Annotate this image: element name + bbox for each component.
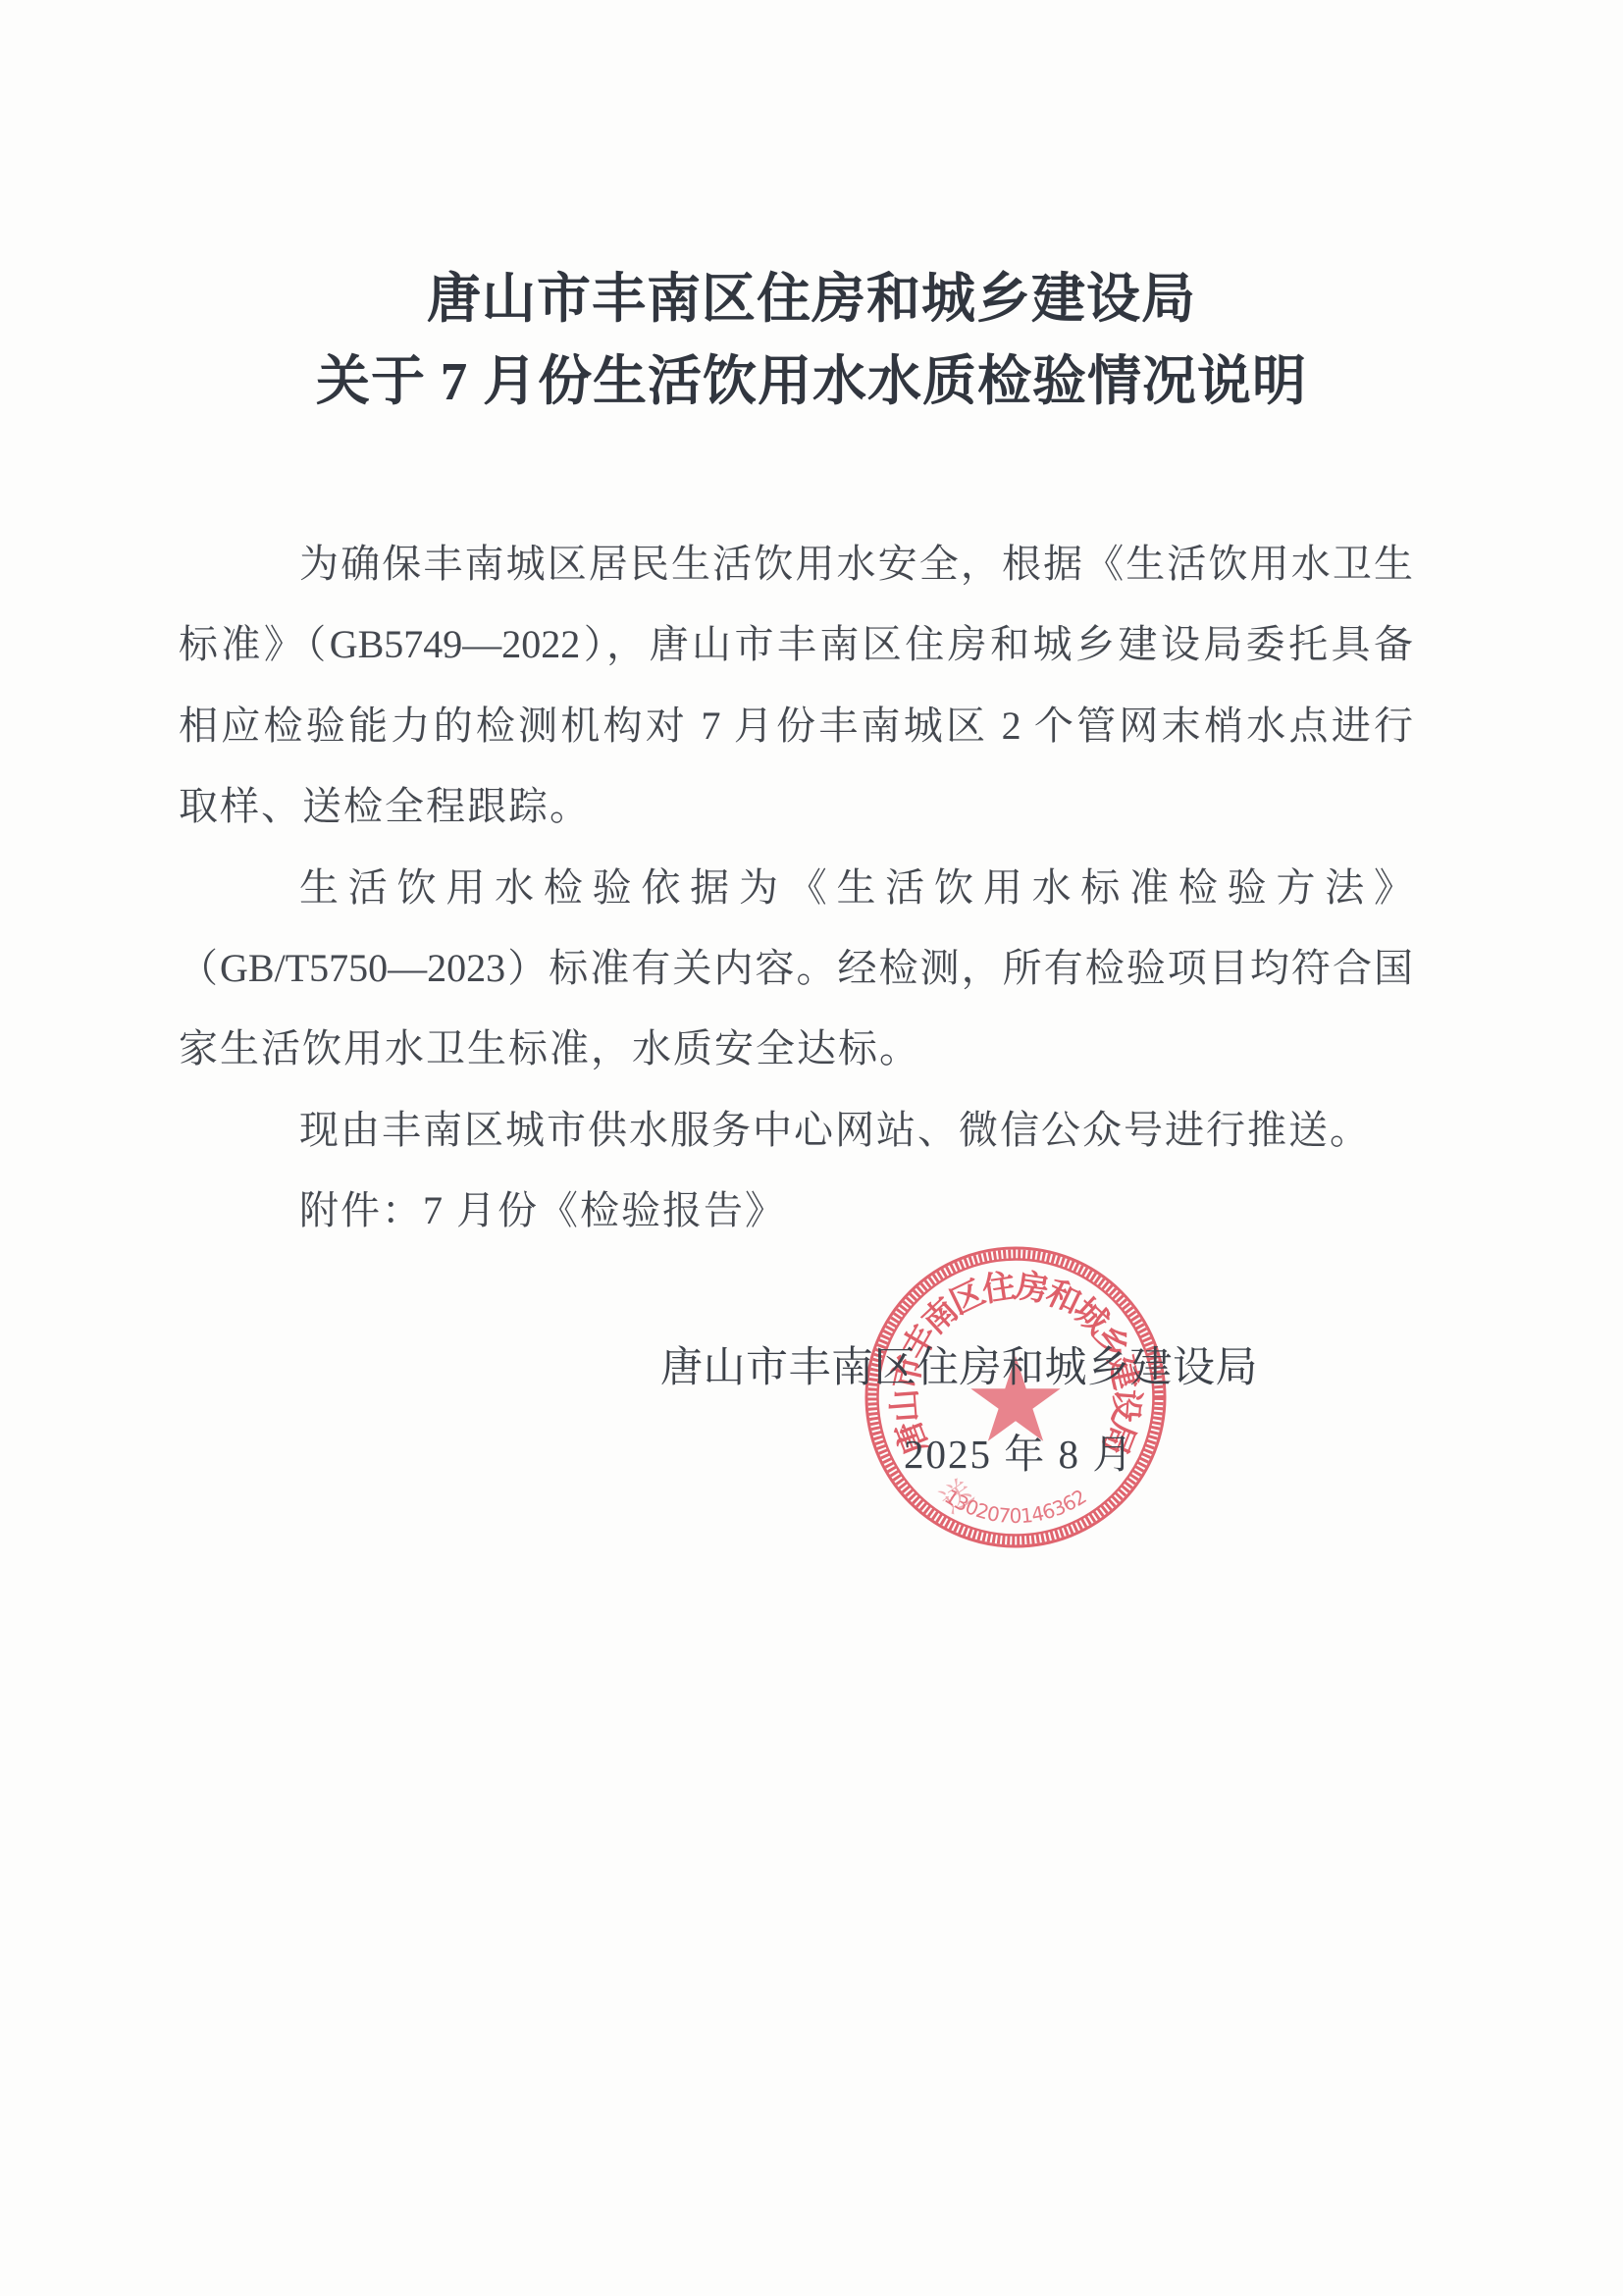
body-line: 生活饮用水检验依据为《生活饮用水标准检验方法》	[179, 848, 1413, 928]
body-line: 取样、送检全程跟踪。	[179, 766, 1413, 847]
document-page: 唐山市丰南区住房和城乡建设局 关于 7 月份生活饮用水水质检验情况说明 为确保丰…	[0, 0, 1623, 2296]
body-line: 附件：7 月份《检验报告》	[179, 1171, 1413, 1251]
body-line: 相应检验能力的检测机构对 7 月份丰南城区 2 个管网末梢水点进行	[179, 686, 1413, 766]
document-body: 为确保丰南城区居民生活饮用水安全，根据《生活饮用水卫生 标准》（GB5749—2…	[179, 524, 1413, 1252]
title-line-1: 唐山市丰南区住房和城乡建设局	[0, 258, 1623, 340]
issue-date: 2025 年 8 月	[904, 1430, 1134, 1479]
body-line: 现由丰南区城市供水服务中心网站、微信公众号进行推送。	[179, 1090, 1413, 1171]
body-line: 为确保丰南城区居民生活饮用水安全，根据《生活饮用水卫生	[179, 524, 1413, 604]
title-line-2: 关于 7 月份生活饮用水水质检验情况说明	[0, 340, 1623, 423]
issuer-signature: 唐山市丰南区住房和城乡建设局	[660, 1344, 1258, 1393]
body-line: 标准》（GB5749—2022），唐山市丰南区住房和城乡建设局委托具备	[179, 604, 1413, 685]
official-seal: 唐山市丰南区住房和城乡建设局 1302070146362 送	[861, 1242, 1171, 1552]
body-line: 家生活饮用水卫生标准，水质安全达标。	[179, 1009, 1413, 1089]
body-line: （GB/T5750—2023）标准有关内容。经检测，所有检验项目均符合国	[179, 928, 1413, 1009]
document-title: 唐山市丰南区住房和城乡建设局 关于 7 月份生活饮用水水质检验情况说明	[0, 258, 1623, 423]
